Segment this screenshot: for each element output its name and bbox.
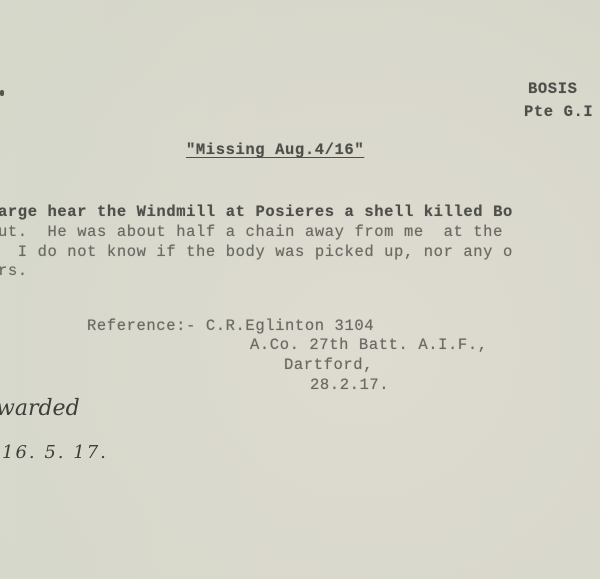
- handwritten-date: 16. 5. 17.: [2, 442, 108, 463]
- paper-background: [0, 0, 600, 579]
- header-surname: BOSIS: [528, 80, 578, 98]
- reference-place: Dartford,: [284, 356, 373, 374]
- body-line-3: I do not know if the body was picked up,…: [0, 243, 513, 261]
- margin-ink-mark: [0, 90, 4, 96]
- body-line-4: rs.: [0, 262, 28, 280]
- document-title: "Missing Aug.4/16": [186, 141, 364, 159]
- reference-date: 28.2.17.: [310, 376, 389, 394]
- header-rank-initial: Pte G.I: [524, 103, 593, 121]
- body-line-2: ut. He was about half a chain away from …: [0, 223, 503, 241]
- body-line-1: arge hear the Windmill at Posieres a she…: [0, 203, 513, 221]
- reference-unit: A.Co. 27th Batt. A.I.F.,: [250, 336, 488, 354]
- handwritten-status: warded: [0, 396, 80, 421]
- reference-informant: Reference:- C.R.Eglinton 3104: [87, 317, 374, 335]
